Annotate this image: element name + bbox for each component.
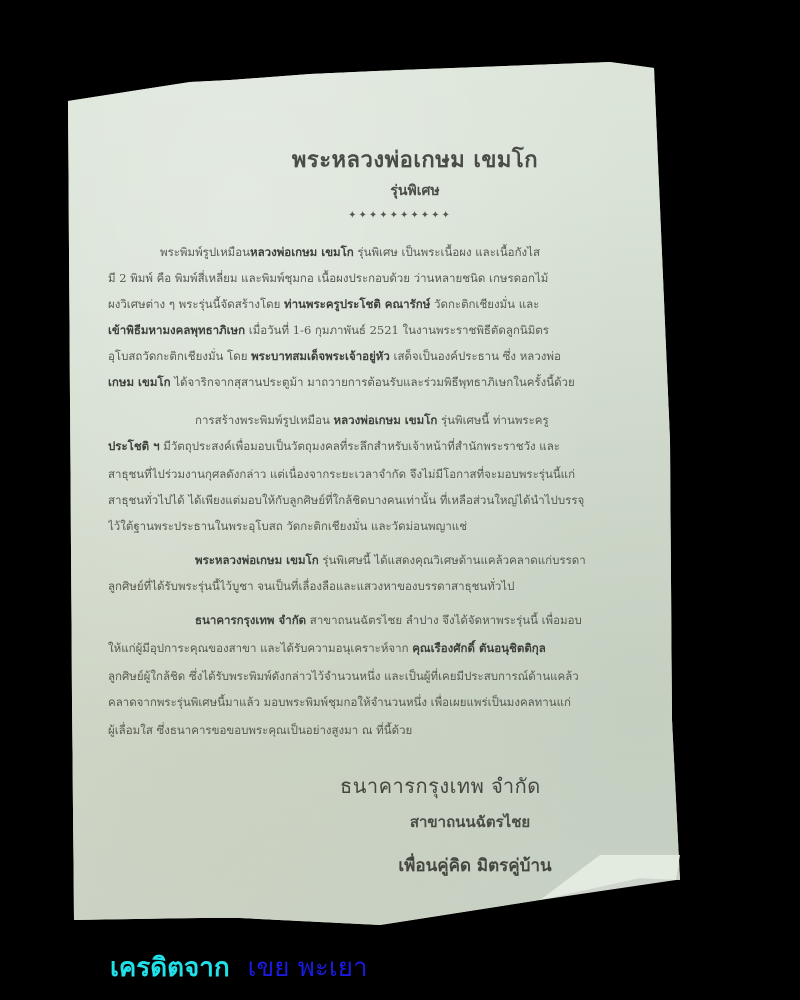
paragraph-1-line-2: มี 2 พิมพ์ คือ พิมพ์สี่เหลี่ยม และพิมพ์ช… — [108, 270, 663, 288]
document-title: พระหลวงพ่อเกษม เขมโก — [215, 142, 615, 177]
paragraph-2-line-4: สาธุชนทั่วไปได้ ได้เพียงแต่มอบให้กับลูกศ… — [108, 492, 668, 510]
paragraph-2-line-1: การสร้างพระพิมพ์รูปเหมือน หลวงพ่อเกษม เข… — [195, 412, 665, 430]
paragraph-4-line-5: ผู้เลื่อมใส ซึ่งธนาคารขอขอบพระคุณเป็นอย่… — [108, 722, 673, 740]
star-divider: ✦✦✦✦✦✦✦✦✦✦ — [300, 210, 500, 221]
signature-bank-name: ธนาคารกรุงเทพ จำกัด — [340, 770, 630, 802]
paragraph-1-line-5: อุโบสถวัดกะติกเชียงมั่น โดย พระบาทสมเด็จ… — [108, 348, 663, 366]
paragraph-4-line-2: ให้แก่ผู้มีอุปการะคุณของสาขา และได้รับคว… — [108, 640, 673, 658]
credit-label: เครดิตจาก — [110, 953, 230, 983]
paragraph-2-line-2: ประโชติ ฯ มีวัตถุประสงค์เพื่อมอบเป็นวัตถ… — [108, 438, 668, 456]
signature-slogan: เพื่อนคู่คิด มิตรคู่บ้าน — [355, 852, 595, 879]
paragraph-4-line-4: คลาดจากพระรุ่นพิเศษนี้มาแล้ว มอบพระพิมพ์… — [108, 694, 673, 712]
photo-credit: เครดิตจากเขย พะเยา — [110, 947, 368, 988]
document: พระหลวงพ่อเกษม เขมโก รุ่นพิเศษ ✦✦✦✦✦✦✦✦✦… — [0, 0, 800, 1000]
paragraph-1-line-1: พระพิมพ์รูปเหมือนหลวงพ่อเกษม เขมโก รุ่นพ… — [160, 244, 660, 262]
paragraph-1-line-3: ผงวิเศษต่าง ๆ พระรุ่นนี้จัดสร้างโดย ท่าน… — [108, 296, 663, 314]
signature-branch: สาขาถนนฉัตรไชย — [360, 810, 580, 834]
paragraph-1-line-4: เข้าพิธีมหามงคลพุทธาภิเษก เมื่อวันที่ 1-… — [108, 322, 663, 340]
paragraph-3-line-1: พระหลวงพ่อเกษม เขมโก รุ่นพิเศษนี้ ได้แสด… — [195, 552, 670, 570]
paragraph-1-line-6: เกษม เขมโก ได้จาริกจากสุสานประตูม้า มาถว… — [108, 374, 668, 392]
paragraph-3-line-2: ลูกศิษย์ที่ได้รับพระรุ่นนี้ไว้บูชา จนเป็… — [108, 578, 668, 596]
paragraph-2-line-3: สาธุชนที่ไปร่วมงานกุศลดังกล่าว แต่เนื่อง… — [108, 466, 668, 484]
paragraph-4-line-3: ลูกศิษย์ผู้ใกล้ชิด ซึ่งได้รับพระพิมพ์ดัง… — [108, 668, 673, 686]
document-subtitle: รุ่นพิเศษ — [290, 180, 540, 202]
credit-name: เขย พะเยา — [248, 953, 368, 983]
paragraph-4-line-1: ธนาคารกรุงเทพ จำกัด สาขาถนนฉัตรไชย ลำปาง… — [195, 612, 670, 630]
paragraph-2-line-5: ไว้ใต้ฐานพระประธานในพระอุโบสถ วัดกะติกเช… — [108, 518, 668, 536]
